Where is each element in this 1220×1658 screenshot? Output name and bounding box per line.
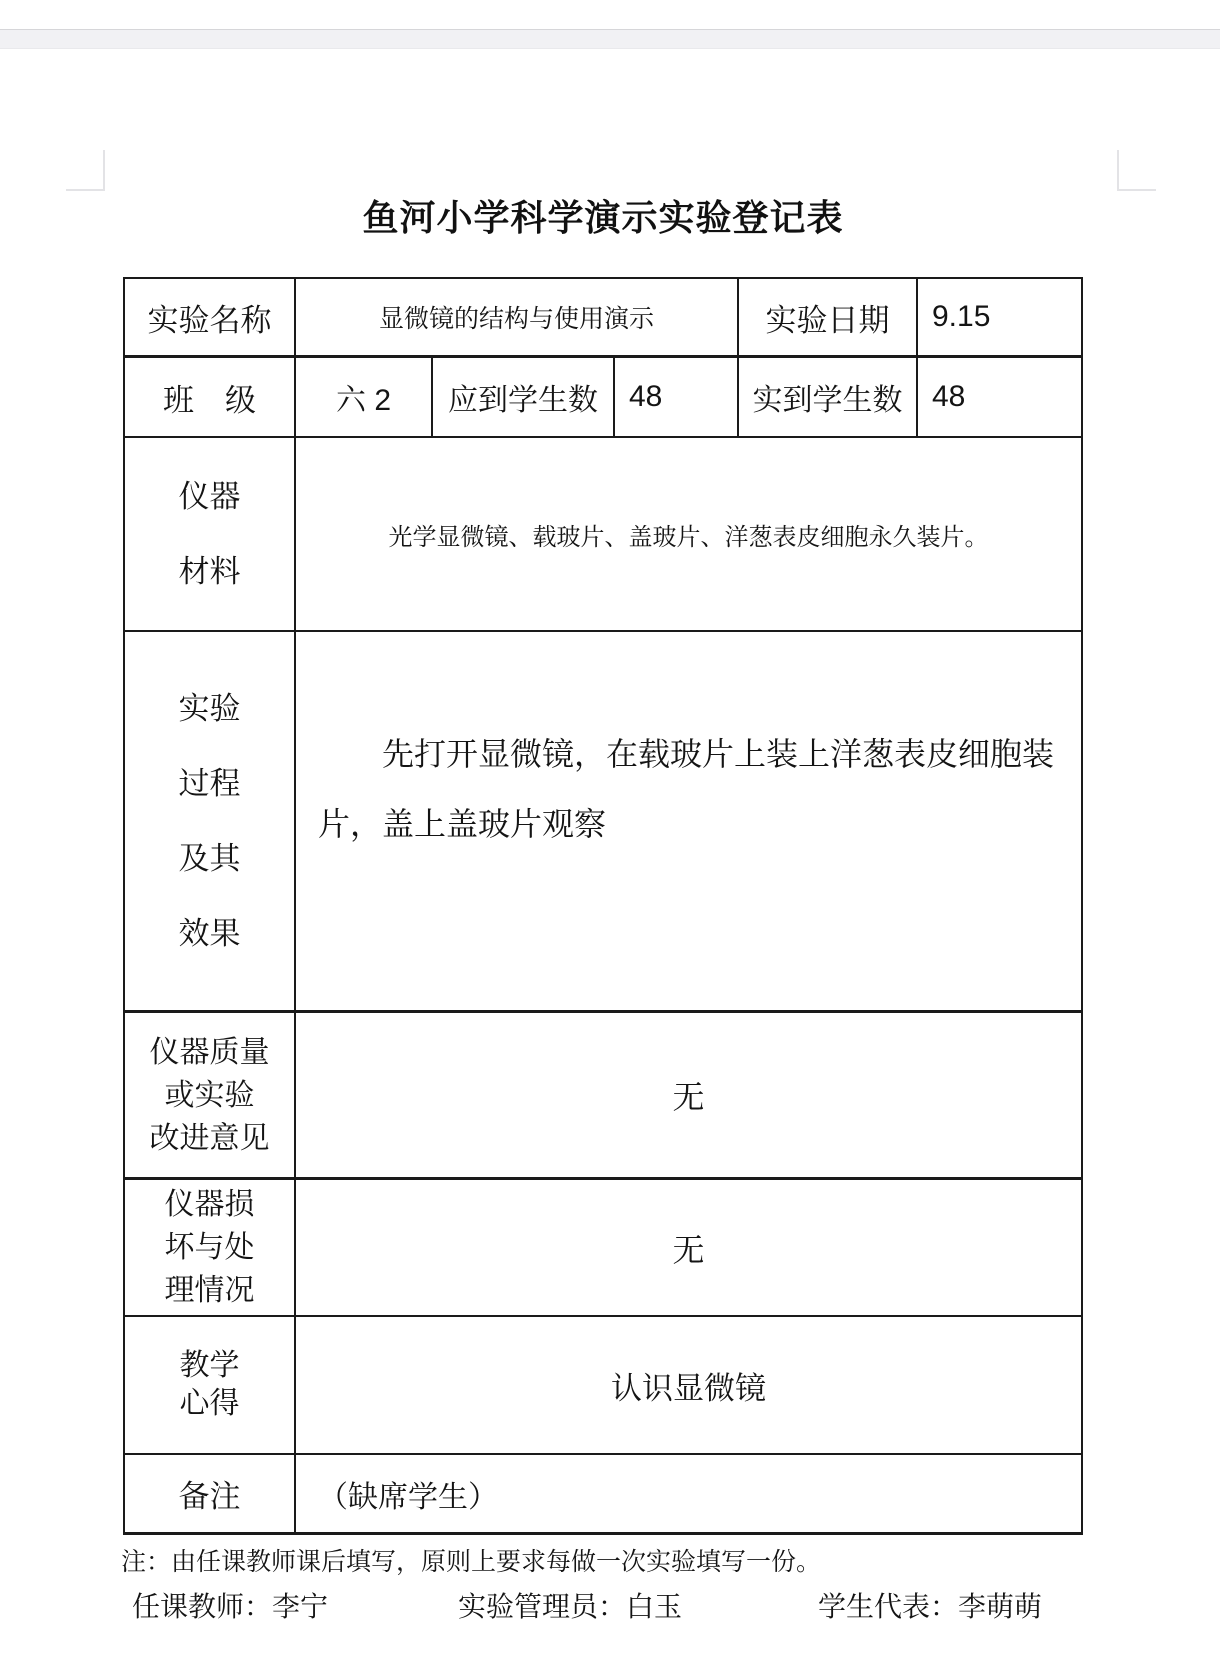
row-materials: 仪器 材料 光学显微镜、载玻片、盖玻片、洋葱表皮细胞永久装片。 [125,438,1081,632]
viewer-top-band [0,29,1220,49]
damage-label-line: 坏与处 [165,1226,255,1269]
process-value: 先打开显微镜，在载玻片上装上洋葱表皮细胞装片，盖上盖玻片观察 [318,719,1057,859]
reflection-label: 教学 心得 [125,1317,296,1453]
quality-label-line: 或实验 [165,1074,255,1117]
quality-value: 无 [296,1013,1081,1177]
row-damage: 仪器损 坏与处 理情况 无 [125,1180,1081,1317]
materials-value: 光学显微镜、载玻片、盖玻片、洋葱表皮细胞永久装片。 [296,438,1081,630]
page-margin-mark-right [1117,150,1156,191]
class-label: 班 级 [125,358,296,436]
row-remarks: 备注 （缺席学生） [125,1455,1081,1532]
expected-students-label: 应到学生数 [433,358,615,436]
process-label-line: 实验 [179,671,241,746]
materials-label-line: 材料 [179,534,241,609]
footnote: 注：由任课教师课后填写，原则上要求每做一次实验填写一份。 [121,1542,821,1578]
signature-teacher: 任课教师：李宁 [132,1585,328,1625]
experiment-name-value: 显微镜的结构与使用演示 [296,279,739,355]
expected-students-value: 48 [615,358,739,436]
reflection-label-line: 心得 [180,1385,240,1423]
damage-label: 仪器损 坏与处 理情况 [125,1180,296,1315]
class-value: 六 2 [296,358,433,436]
registration-table: 实验名称 显微镜的结构与使用演示 实验日期 9.15 班 级 六 2 应到学生数… [123,277,1083,1535]
row-reflection: 教学 心得 认识显微镜 [125,1317,1081,1455]
page-margin-mark-left [66,150,105,191]
reflection-label-line: 教学 [180,1347,240,1385]
damage-value: 无 [296,1180,1081,1315]
process-label-line: 过程 [179,746,241,821]
remarks-value: （缺席学生） [296,1455,1081,1532]
signature-manager: 实验管理员：白玉 [458,1585,682,1625]
process-label: 实验 过程 及其 效果 [125,632,296,1010]
reflection-value: 认识显微镜 [296,1317,1081,1453]
signature-student: 学生代表：李萌萌 [818,1585,1042,1625]
actual-students-value: 48 [918,358,1081,436]
actual-students-label: 实到学生数 [739,358,918,436]
process-label-line: 效果 [179,896,241,971]
materials-label-line: 仪器 [179,459,241,534]
row-class: 班 级 六 2 应到学生数 48 实到学生数 48 [125,358,1081,438]
experiment-name-label: 实验名称 [125,279,296,355]
row-process: 实验 过程 及其 效果 先打开显微镜，在载玻片上装上洋葱表皮细胞装片，盖上盖玻片… [125,632,1081,1013]
quality-label: 仪器质量 或实验 改进意见 [125,1013,296,1177]
process-label-line: 及其 [179,821,241,896]
quality-label-line: 改进意见 [150,1117,270,1160]
damage-label-line: 仪器损 [165,1183,255,1226]
row-experiment-name: 实验名称 显微镜的结构与使用演示 实验日期 9.15 [125,279,1081,358]
materials-label: 仪器 材料 [125,438,296,630]
experiment-date-label: 实验日期 [739,279,918,355]
experiment-date-value: 9.15 [918,279,1081,355]
quality-label-line: 仪器质量 [150,1031,270,1074]
form-title: 鱼河小学科学演示实验登记表 [123,190,1083,241]
remarks-label: 备注 [125,1455,296,1532]
process-value-cell: 先打开显微镜，在载玻片上装上洋葱表皮细胞装片，盖上盖玻片观察 [296,632,1081,1010]
row-quality: 仪器质量 或实验 改进意见 无 [125,1013,1081,1180]
damage-label-line: 理情况 [165,1269,255,1312]
